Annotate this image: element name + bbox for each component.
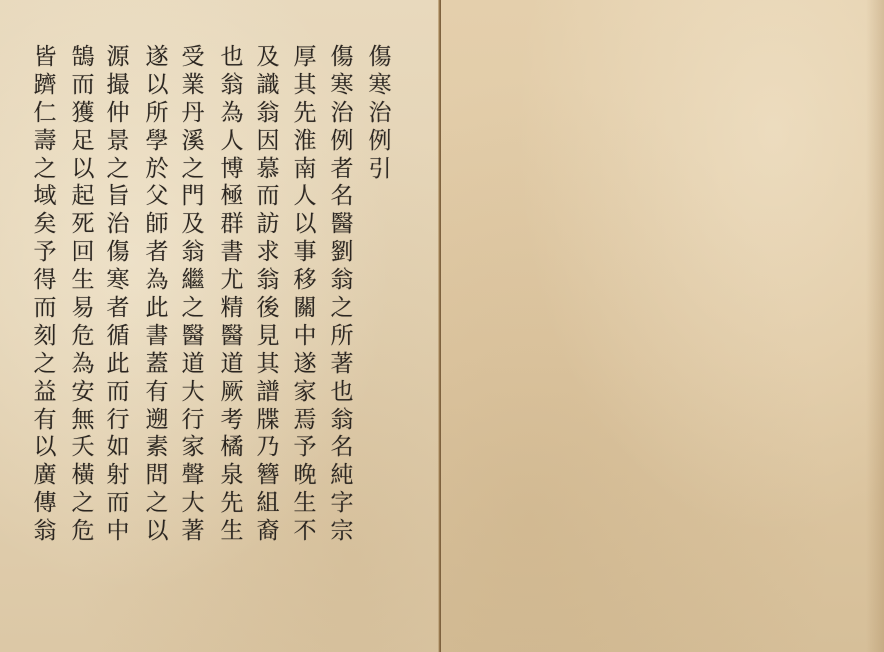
character: 厥 <box>217 379 247 407</box>
character: 此 <box>103 351 133 379</box>
character: 行 <box>178 407 208 435</box>
character: 矣 <box>30 211 60 239</box>
character: 人 <box>217 128 247 156</box>
character: 群 <box>217 211 247 239</box>
character: 之 <box>103 156 133 184</box>
character: 翁 <box>30 518 60 546</box>
character: 以 <box>142 72 172 100</box>
character: 例 <box>365 128 395 156</box>
character: 廣 <box>30 462 60 490</box>
character: 業 <box>178 72 208 100</box>
character: 遂 <box>142 44 172 72</box>
character: 有 <box>30 407 60 435</box>
character: 中 <box>290 323 320 351</box>
character: 之 <box>178 156 208 184</box>
character: 危 <box>68 518 98 546</box>
character: 不 <box>290 518 320 546</box>
character: 訪 <box>253 211 283 239</box>
character: 生 <box>217 518 247 546</box>
right-page-blank <box>441 0 884 652</box>
character: 橘 <box>217 434 247 462</box>
character: 翁 <box>217 72 247 100</box>
character: 而 <box>253 183 283 211</box>
character: 循 <box>103 323 133 351</box>
character: 中 <box>103 518 133 546</box>
character: 此 <box>142 295 172 323</box>
text-column: 厚其先淮南人以事移關中遂家焉予晚生不 <box>290 44 320 546</box>
book-spread: 傷寒治例引傷寒治例者名醫劉翁之所著也翁名純字宗厚其先淮南人以事移關中遂家焉予晚生… <box>0 0 884 652</box>
character: 翁 <box>178 239 208 267</box>
character: 射 <box>103 462 133 490</box>
character: 先 <box>290 100 320 128</box>
character: 繼 <box>178 267 208 295</box>
character: 尤 <box>217 267 247 295</box>
character: 得 <box>30 267 60 295</box>
character: 者 <box>142 239 172 267</box>
character: 著 <box>178 518 208 546</box>
character: 丹 <box>178 100 208 128</box>
character: 旨 <box>103 183 133 211</box>
character: 夭 <box>68 434 98 462</box>
character: 者 <box>103 295 133 323</box>
character: 寒 <box>327 72 357 100</box>
character: 泉 <box>217 462 247 490</box>
character: 益 <box>30 379 60 407</box>
character: 之 <box>68 490 98 518</box>
character: 而 <box>103 379 133 407</box>
character: 橫 <box>68 462 98 490</box>
character: 因 <box>253 128 283 156</box>
character: 生 <box>68 267 98 295</box>
text-column: 受業丹溪之門及翁繼之醫道大行家聲大著 <box>178 44 208 546</box>
character: 大 <box>178 490 208 518</box>
character: 門 <box>178 183 208 211</box>
character: 其 <box>290 72 320 100</box>
character: 域 <box>30 183 60 211</box>
character: 仲 <box>103 100 133 128</box>
character: 壽 <box>30 128 60 156</box>
character: 問 <box>142 462 172 490</box>
character: 之 <box>327 295 357 323</box>
character: 易 <box>68 295 98 323</box>
character: 素 <box>142 434 172 462</box>
text-column: 也翁為人博極群書尤精醫道厥考橘泉先生 <box>217 44 247 546</box>
character: 事 <box>290 239 320 267</box>
character: 例 <box>327 128 357 156</box>
character: 受 <box>178 44 208 72</box>
character: 皆 <box>30 44 60 72</box>
character: 父 <box>142 183 172 211</box>
character: 起 <box>68 183 98 211</box>
character: 所 <box>142 100 172 128</box>
character: 極 <box>217 183 247 211</box>
character: 為 <box>217 100 247 128</box>
character: 也 <box>327 379 357 407</box>
character: 著 <box>327 351 357 379</box>
character: 慕 <box>253 156 283 184</box>
text-column: 及識翁因慕而訪求翁後見其譜牒乃簪組裔 <box>253 44 283 546</box>
character: 之 <box>142 490 172 518</box>
character: 寒 <box>365 72 395 100</box>
character: 景 <box>103 128 133 156</box>
character: 道 <box>217 351 247 379</box>
character: 及 <box>178 211 208 239</box>
text-column: 源撮仲景之旨治傷寒者循此而行如射而中 <box>103 44 133 546</box>
character: 足 <box>68 128 98 156</box>
character: 而 <box>103 490 133 518</box>
character: 予 <box>30 239 60 267</box>
character: 書 <box>142 323 172 351</box>
character: 裔 <box>253 518 283 546</box>
character: 移 <box>290 267 320 295</box>
character: 組 <box>253 490 283 518</box>
character: 後 <box>253 295 283 323</box>
character: 以 <box>30 434 60 462</box>
character: 醫 <box>217 323 247 351</box>
character: 治 <box>103 211 133 239</box>
character: 仁 <box>30 100 60 128</box>
character: 淮 <box>290 128 320 156</box>
character: 關 <box>290 295 320 323</box>
character: 聲 <box>178 462 208 490</box>
character: 人 <box>290 183 320 211</box>
character: 治 <box>327 100 357 128</box>
character: 之 <box>178 295 208 323</box>
character: 牒 <box>253 407 283 435</box>
character: 源 <box>103 44 133 72</box>
character: 而 <box>68 72 98 100</box>
character: 翁 <box>253 100 283 128</box>
character: 之 <box>30 351 60 379</box>
character: 刻 <box>30 323 60 351</box>
character: 道 <box>178 351 208 379</box>
character: 引 <box>365 156 395 184</box>
character: 行 <box>103 407 133 435</box>
character: 家 <box>178 434 208 462</box>
text-column: 傷寒治例者名醫劉翁之所著也翁名純字宗 <box>327 44 357 546</box>
character: 溪 <box>178 128 208 156</box>
character: 者 <box>327 156 357 184</box>
character: 劉 <box>327 239 357 267</box>
character: 治 <box>365 100 395 128</box>
character: 宗 <box>327 518 357 546</box>
character: 為 <box>142 267 172 295</box>
character: 鵠 <box>68 44 98 72</box>
character: 以 <box>142 518 172 546</box>
character: 生 <box>290 490 320 518</box>
character: 翁 <box>253 267 283 295</box>
character: 翁 <box>327 267 357 295</box>
character: 南 <box>290 156 320 184</box>
character: 先 <box>217 490 247 518</box>
character: 危 <box>68 323 98 351</box>
character: 有 <box>142 379 172 407</box>
character: 死 <box>68 211 98 239</box>
character: 博 <box>217 156 247 184</box>
character: 醫 <box>327 211 357 239</box>
character: 大 <box>178 379 208 407</box>
character: 字 <box>327 490 357 518</box>
character: 厚 <box>290 44 320 72</box>
character: 純 <box>327 462 357 490</box>
character: 於 <box>142 156 172 184</box>
title-column: 傷寒治例引 <box>365 44 395 183</box>
text-column: 鵠而獲足以起死回生易危為安無夭橫之危 <box>68 44 98 546</box>
character: 無 <box>68 407 98 435</box>
character: 傷 <box>103 239 133 267</box>
character: 及 <box>253 44 283 72</box>
left-page: 傷寒治例引傷寒治例者名醫劉翁之所著也翁名純字宗厚其先淮南人以事移關中遂家焉予晚生… <box>0 0 440 652</box>
character: 也 <box>217 44 247 72</box>
character: 獲 <box>68 100 98 128</box>
preface-text-block: 傷寒治例引傷寒治例者名醫劉翁之所著也翁名純字宗厚其先淮南人以事移關中遂家焉予晚生… <box>0 0 440 652</box>
character: 之 <box>30 156 60 184</box>
character: 為 <box>68 351 98 379</box>
character: 以 <box>68 156 98 184</box>
character: 遡 <box>142 407 172 435</box>
character: 撮 <box>103 72 133 100</box>
character: 乃 <box>253 434 283 462</box>
character: 回 <box>68 239 98 267</box>
text-column: 皆躋仁壽之域矣予得而刻之益有以廣傳翁 <box>30 44 60 546</box>
character: 焉 <box>290 407 320 435</box>
character: 蓋 <box>142 351 172 379</box>
character: 翁 <box>327 407 357 435</box>
character: 求 <box>253 239 283 267</box>
character: 傷 <box>327 44 357 72</box>
character: 見 <box>253 323 283 351</box>
character: 譜 <box>253 379 283 407</box>
character: 如 <box>103 434 133 462</box>
character: 其 <box>253 351 283 379</box>
character: 識 <box>253 72 283 100</box>
character: 傷 <box>365 44 395 72</box>
character: 師 <box>142 211 172 239</box>
character: 名 <box>327 183 357 211</box>
character: 簪 <box>253 462 283 490</box>
character: 以 <box>290 211 320 239</box>
character: 名 <box>327 434 357 462</box>
character: 書 <box>217 239 247 267</box>
text-column: 遂以所學於父師者為此書蓋有遡素問之以 <box>142 44 172 546</box>
character: 家 <box>290 379 320 407</box>
character: 予 <box>290 434 320 462</box>
character: 躋 <box>30 72 60 100</box>
character: 而 <box>30 295 60 323</box>
character: 遂 <box>290 351 320 379</box>
character: 傳 <box>30 490 60 518</box>
character: 醫 <box>178 323 208 351</box>
character: 晚 <box>290 462 320 490</box>
character: 所 <box>327 323 357 351</box>
character: 安 <box>68 379 98 407</box>
character: 寒 <box>103 267 133 295</box>
character: 學 <box>142 128 172 156</box>
character: 考 <box>217 407 247 435</box>
character: 精 <box>217 295 247 323</box>
